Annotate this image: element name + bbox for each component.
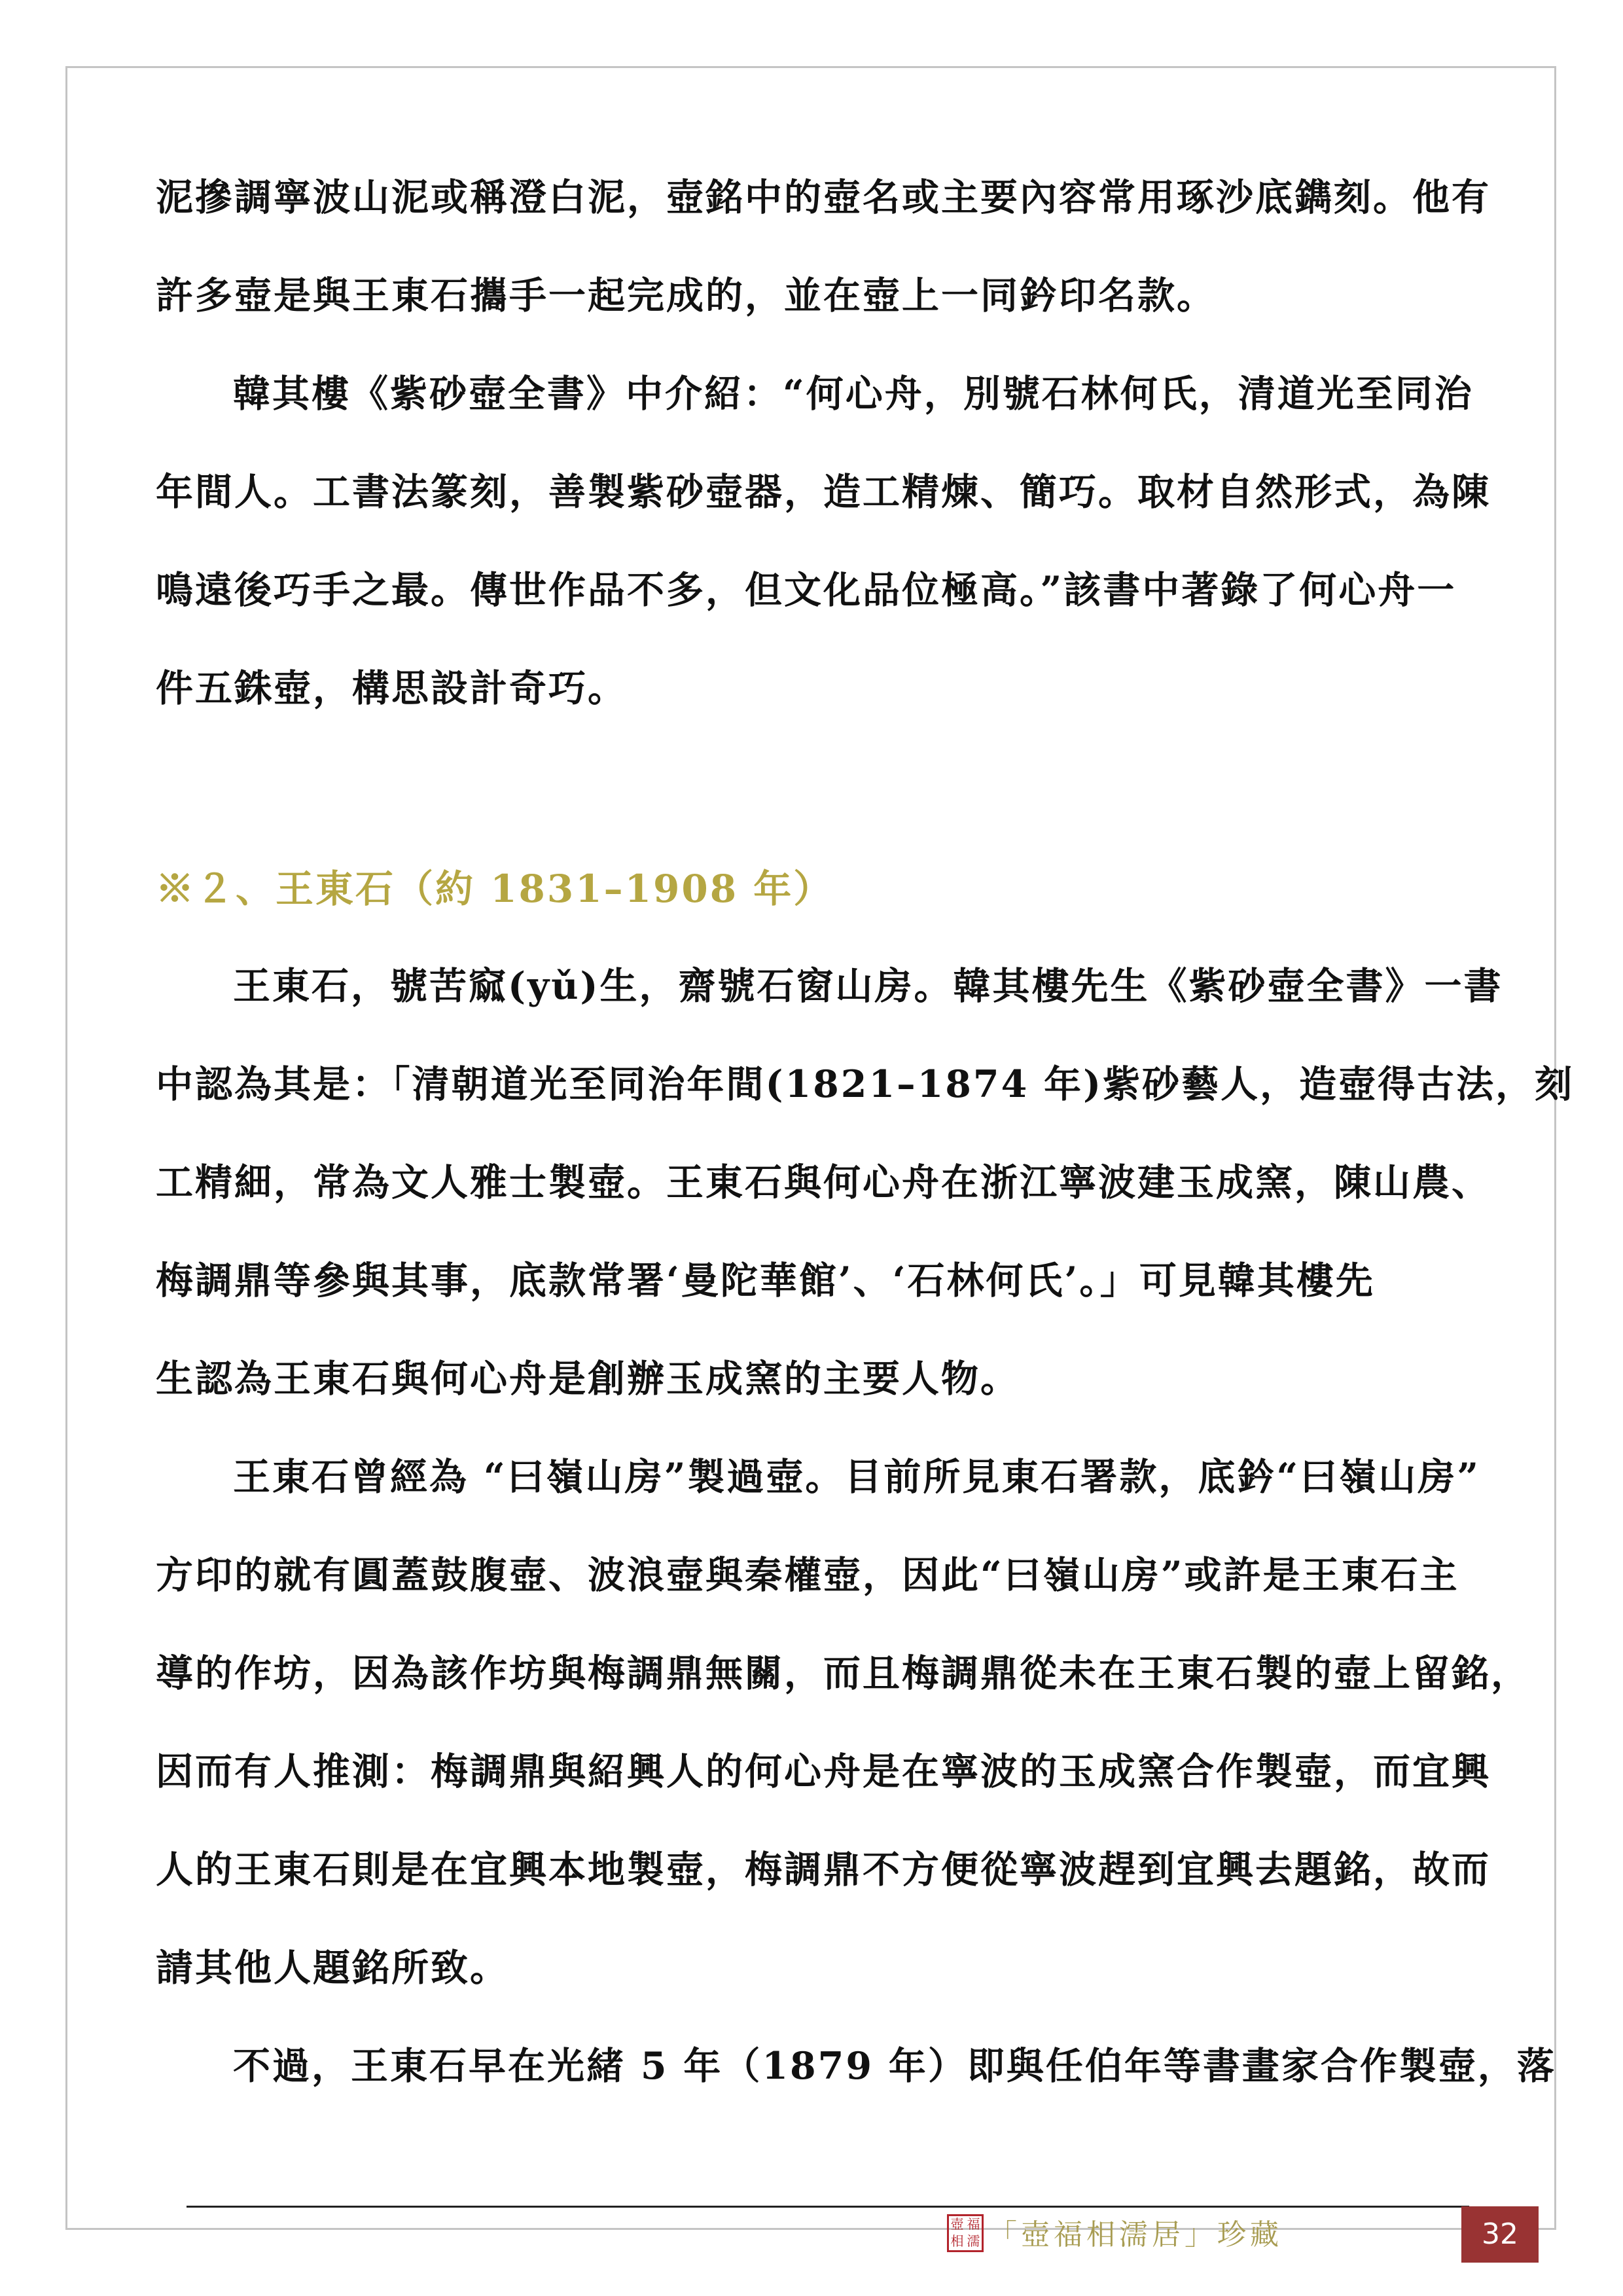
seal-char: 福 — [965, 2216, 982, 2233]
text-line: 王東石曾經為 “曰嶺山房”製過壺。目前所見東石署款，底鈐“曰嶺山房” — [233, 1451, 1480, 1503]
text-line: 許多壺是與王東石攜手一起完成的，並在壺上一同鈐印名款。 — [156, 270, 1216, 322]
text-line: 不過，王東石早在光緒 5 年（1879 年）即與任伯年等書畫家合作製壺，落 — [233, 2040, 1556, 2092]
text-line: 請其他人題銘所致。 — [156, 1942, 509, 1994]
text-line: 件五銖壺，構思設計奇巧。 — [156, 662, 627, 715]
seal-char: 濡 — [965, 2233, 982, 2250]
text-line: 年間人。工書法篆刻，善製紫砂壺器，造工精煉、簡巧。取材自然形式，為陳 — [156, 466, 1491, 518]
section-heading: ※２、王東石（約 1831–1908 年） — [156, 863, 833, 915]
text-line: 人的王東石則是在宜興本地製壺，梅調鼎不方便從寧波趕到宜興去題銘，故而 — [156, 1844, 1491, 1896]
text-line: 導的作坊，因為該作坊與梅調鼎無關，而且梅調鼎從未在王東石製的壺上留銘， — [156, 1647, 1530, 1700]
text-line: 因而有人推測：梅調鼎與紹興人的何心舟是在寧波的玉成窯合作製壺，而宜興 — [156, 1746, 1491, 1798]
text-line: 鳴遠後巧手之最。傳世作品不多，但文化品位極高。”該書中著錄了何心舟一 — [156, 564, 1456, 617]
text-line: 韓其樓《紫砂壺全書》中介紹：“何心舟，別號石林何氏，清道光至同治 — [233, 368, 1474, 420]
seal-char: 壺 — [949, 2216, 965, 2233]
seal-char: 相 — [949, 2233, 965, 2250]
collection-label: 「壺福相濡居」珍藏 — [988, 2212, 1283, 2258]
seal-stamp-icon: 壺 福 相 濡 — [947, 2214, 984, 2252]
text-line: 工精細，常為文人雅士製壺。王東石與何心舟在浙江寧波建玉成窯，陳山農、 — [156, 1157, 1491, 1209]
text-line: 泥摻調寧波山泥或稱澄白泥，壺銘中的壺名或主要內容常用琢沙底鐫刻。他有 — [156, 171, 1491, 224]
text-line: 王東石，號苦窳(yǔ)生，齋號石窗山房。韓其樓先生《紫砂壺全書》一書 — [233, 960, 1503, 1013]
text-line: 方印的就有圓蓋鼓腹壺、波浪壺與秦權壺，因此“曰嶺山房”或許是王東石主 — [156, 1549, 1459, 1602]
page-number: 32 — [1461, 2206, 1539, 2263]
text-line: 中認為其是：「清朝道光至同治年間(1821–1874 年)紫砂藝人，造壺得古法，… — [156, 1058, 1574, 1111]
text-line: 梅調鼎等參與其事，底款常署‘曼陀華館’、‘石林何氏’。」可見韓其樓先 — [156, 1255, 1375, 1307]
text-line: 生認為王東石與何心舟是創辦玉成窯的主要人物。 — [156, 1353, 1020, 1405]
footer-divider — [187, 2206, 1469, 2208]
